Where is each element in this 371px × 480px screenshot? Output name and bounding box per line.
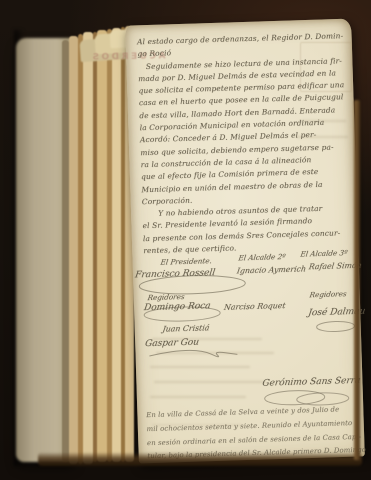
signature-regidor-2: Narciso Roquet — [223, 301, 286, 312]
burnt-bottom-edge — [38, 452, 362, 466]
regidores-label-right: Regidores — [309, 289, 347, 299]
signature-title-alcalde2: El Alcalde 2º — [238, 252, 286, 262]
signature-regidor-3: Juan Cristiá — [162, 323, 210, 333]
signature-title-alcalde3: El Alcalde 3º — [300, 248, 348, 258]
signature-flourish — [314, 319, 356, 334]
signature-flourish — [142, 304, 222, 324]
handwriting-layer: Al estado cargo de ordenanzas, el Regido… — [0, 0, 371, 480]
manuscript-photo: ACUERDOS Al estado cargo de ordenanzas, … — [0, 0, 371, 480]
manuscript-text-block: Al estado cargo de ordenanzas, el Regido… — [137, 30, 359, 258]
right-cover-edge — [354, 100, 360, 460]
signature-title-presidente: El Presidente. — [160, 256, 213, 267]
signature-flourish — [147, 346, 239, 363]
regidores-label-left: Regidores — [147, 292, 185, 302]
